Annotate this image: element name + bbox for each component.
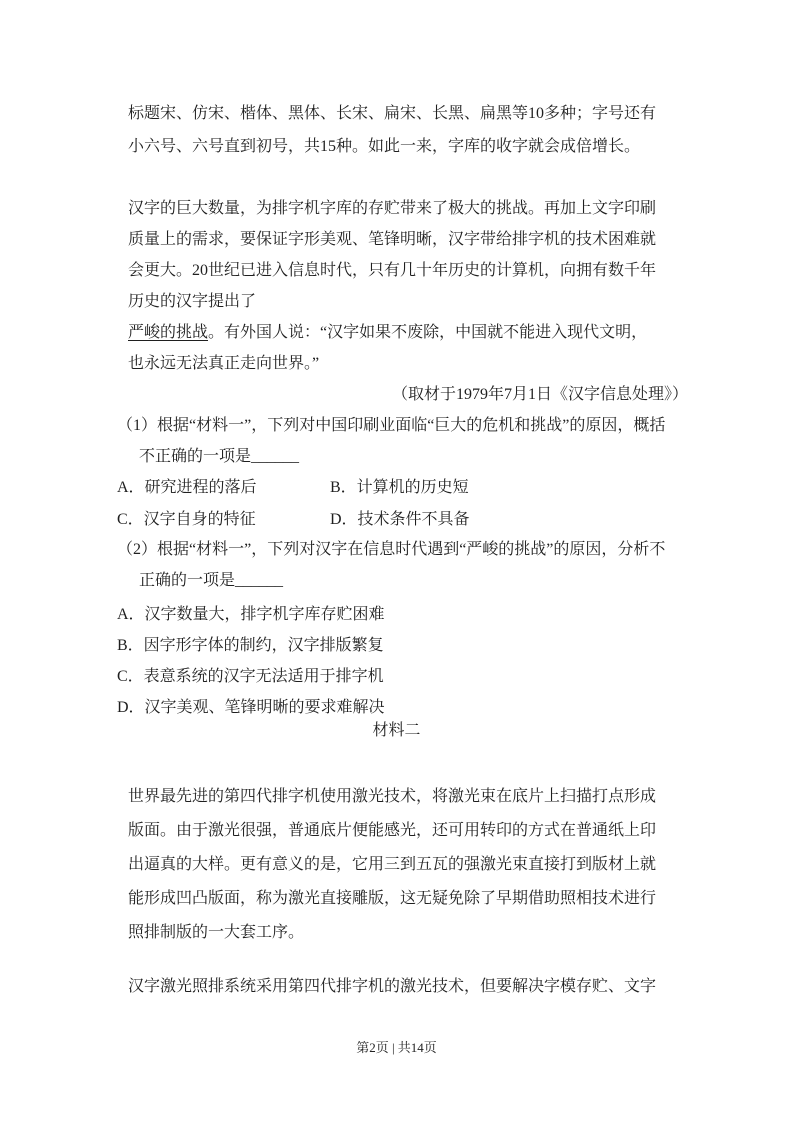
text-line: 汉字的巨大数量，为排字机字库的存贮带来了极大的挑战。再加上文字印刷: [128, 193, 688, 224]
option-b: B．计算机的历史短: [330, 472, 677, 504]
text-line: 世界最先进的第四代排字机使用激光技术，将激光束在底片上扫描打点形成: [128, 780, 688, 814]
text-line-with-underline: 严峻的挑战。有外国人说：“汉字如果不废除，中国就不能进入现代文明，: [128, 317, 688, 348]
text-after-underline: 。有外国人说：“汉字如果不废除，中国就不能进入现代文明，: [208, 324, 647, 341]
question-2-stem-line-2: 正确的一项是______: [139, 565, 739, 596]
page-number-footer: 第2页 | 共14页: [0, 1039, 793, 1057]
text-line: 小六号、六号直到初号，共15种。如此一来，字库的收字就会成倍增长。: [128, 130, 688, 163]
text-line: 质量上的需求，要保证字形美观、笔锋明晰，汉字带给排字机的技术困难就: [128, 224, 688, 255]
text-line: 能形成凹凸版面，称为激光直接雕版，这无疑免除了早期借助照相技术进行: [128, 882, 688, 916]
paragraph-laser-typesetting: 世界最先进的第四代排字机使用激光技术，将激光束在底片上扫描打点形成 版面。由于激…: [128, 780, 688, 950]
text-line: 也永远无法真正走向世界。”: [128, 348, 688, 379]
exam-document-page: 标题宋、仿宋、楷体、黑体、长宋、扁宋、长黑、扁黑等10多种；字号还有 小六号、六…: [0, 0, 793, 1122]
text-line: 版面。由于激光很强，普通底片便能感光，还可用转印的方式在普通纸上印: [128, 814, 688, 848]
question-2-stem: （2）根据“材料一”，下列对汉字在信息时代遇到“严峻的挑战”的原因，分析不 正确…: [117, 534, 739, 596]
question-1-stem-text: 不正确的一项是: [139, 448, 251, 465]
option-a: A．研究进程的落后: [117, 472, 330, 504]
answer-blank: ______: [235, 572, 283, 589]
question-2-stem-line-1: （2）根据“材料一”，下列对汉字在信息时代遇到“严峻的挑战”的原因，分析不: [117, 534, 739, 565]
text-line: 会更大。20世纪已进入信息时代，只有几十年历史的计算机，向拥有数千年: [128, 255, 688, 286]
question-1-stem: （1）根据“材料一”，下列对中国印刷业面临“巨大的危机和挑战”的原因，概括 不正…: [117, 410, 739, 472]
option-c: C．汉字自身的特征: [117, 504, 330, 536]
option-a: A．汉字数量大，排字机字库存贮困难: [117, 599, 677, 630]
material-two-heading: 材料二: [0, 717, 793, 740]
text-line: 出逼真的大样。更有意义的是，它用三到五瓦的强激光束直接打到版材上就: [128, 848, 688, 882]
question-2-options: A．汉字数量大，排字机字库存贮困难 B．因字形字体的制约，汉字排版繁复 C．表意…: [117, 599, 677, 723]
option-b: B．因字形字体的制约，汉字排版繁复: [117, 630, 677, 661]
option-c: C．表意系统的汉字无法适用于排字机: [117, 661, 677, 692]
answer-blank: ______: [251, 448, 299, 465]
text-line: 照排制版的一大套工序。: [128, 916, 688, 950]
question-1-options: A．研究进程的落后 B．计算机的历史短 C．汉字自身的特征 D．技术条件不具备: [117, 472, 677, 536]
option-d: D．技术条件不具备: [330, 504, 677, 536]
underlined-phrase: 严峻的挑战: [128, 324, 208, 341]
paragraph-font-varieties: 标题宋、仿宋、楷体、黑体、长宋、扁宋、长黑、扁黑等10多种；字号还有 小六号、六…: [128, 97, 688, 163]
text-line: 历史的汉字提出了: [128, 286, 688, 317]
source-citation: （取材于1979年7月1日《汉字信息处理》）: [128, 379, 700, 410]
question-1-stem-line-2: 不正确的一项是______: [139, 441, 739, 472]
paragraph-character-challenge: 汉字的巨大数量，为排字机字库的存贮带来了极大的挑战。再加上文字印刷 质量上的需求…: [128, 193, 688, 379]
paragraph-phototypesetting-system: 汉字激光照排系统采用第四代排字机的激光技术，但要解决字模存贮、文字: [128, 970, 688, 1004]
text-line: 汉字激光照排系统采用第四代排字机的激光技术，但要解决字模存贮、文字: [128, 970, 688, 1004]
text-line: 标题宋、仿宋、楷体、黑体、长宋、扁宋、长黑、扁黑等10多种；字号还有: [128, 97, 688, 130]
question-1-stem-line-1: （1）根据“材料一”，下列对中国印刷业面临“巨大的危机和挑战”的原因，概括: [117, 410, 739, 441]
question-2-stem-text: 正确的一项是: [139, 572, 235, 589]
